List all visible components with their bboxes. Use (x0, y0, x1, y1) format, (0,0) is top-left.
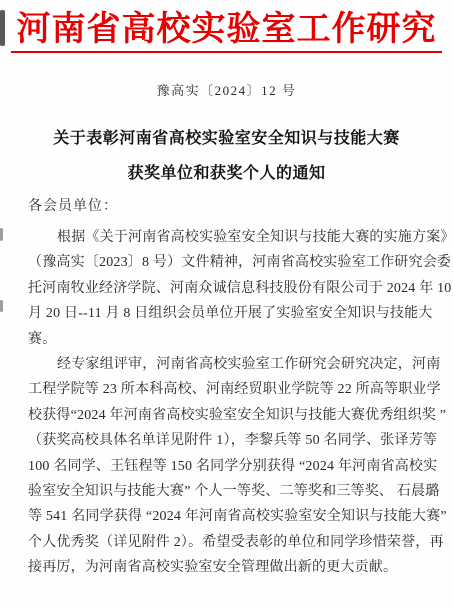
scan-artifact (0, 10, 5, 46)
body-line: 经专家组评审，河南省高校实验室工作研究会研究决定，河南 (28, 352, 427, 377)
masthead-title: 河南省高校实验室工作研究 (0, 9, 453, 50)
notice-title-line2: 获奖单位和获奖个人的通知 (14, 156, 439, 191)
body-line: 校获得“2024 年河南省高校实验室安全知识与技能大赛优秀组织奖 ” (28, 403, 427, 428)
body-line: 托河南牧业经济学院、河南众诚信息科技股份有限公司于 2024 年 10 (28, 276, 427, 301)
body-line: 工程学院等 23 所本科高校、河南经贸职业学院等 22 所高等职业学 (28, 377, 427, 402)
body-line: 100 名同学、王钰程等 150 名同学分别获得 “2024 年河南省高校实 (28, 454, 427, 479)
body-line: 赛。 (28, 327, 427, 352)
document-page: 河南省高校实验室工作研究 豫高实〔2024〕12 号 关于表彰河南省高校实验室安… (0, 0, 453, 607)
body-line: （豫高实〔2023〕8 号）文件精神，河南省高校实验室工作研究会委 (28, 250, 427, 275)
body-line: 接再厉，为河南省高校实验室安全管理做出新的更大贡献。 (28, 555, 427, 580)
body-line: 个人优秀奖（详见附件 2）。希望受表彰的单位和同学珍惜荣誉，再 (28, 530, 427, 555)
notice-title: 关于表彰河南省高校实验室安全知识与技能大赛 获奖单位和获奖个人的通知 (14, 121, 439, 191)
notice-body: 根据《关于河南省高校实验室安全知识与技能大赛的实施方案》 （豫高实〔2023〕8… (28, 225, 427, 580)
masthead-divider (11, 51, 442, 53)
body-line: 验室安全知识与技能大赛” 个人一等奖、二等奖和三等奖、 石晨璐 (28, 479, 427, 504)
scan-artifact (0, 228, 3, 241)
body-line: 月 20 日--11 月 8 日组织会员单位开展了实验室安全知识与技能大 (28, 301, 427, 326)
body-line: 等 541 名同学获得 “2024 年河南省高校实验室安全知识与技能大赛” (28, 504, 427, 529)
scan-artifact (0, 300, 3, 312)
salutation: 各会员单位： (28, 197, 427, 217)
doc-number: 豫高实〔2024〕12 号 (0, 83, 453, 99)
body-line: 根据《关于河南省高校实验室安全知识与技能大赛的实施方案》 (28, 225, 427, 250)
body-line: （获奖高校具体名单详见附件 1），李黎兵等 50 名同学、张译芳等 (28, 428, 427, 453)
notice-title-line1: 关于表彰河南省高校实验室安全知识与技能大赛 (14, 121, 439, 156)
